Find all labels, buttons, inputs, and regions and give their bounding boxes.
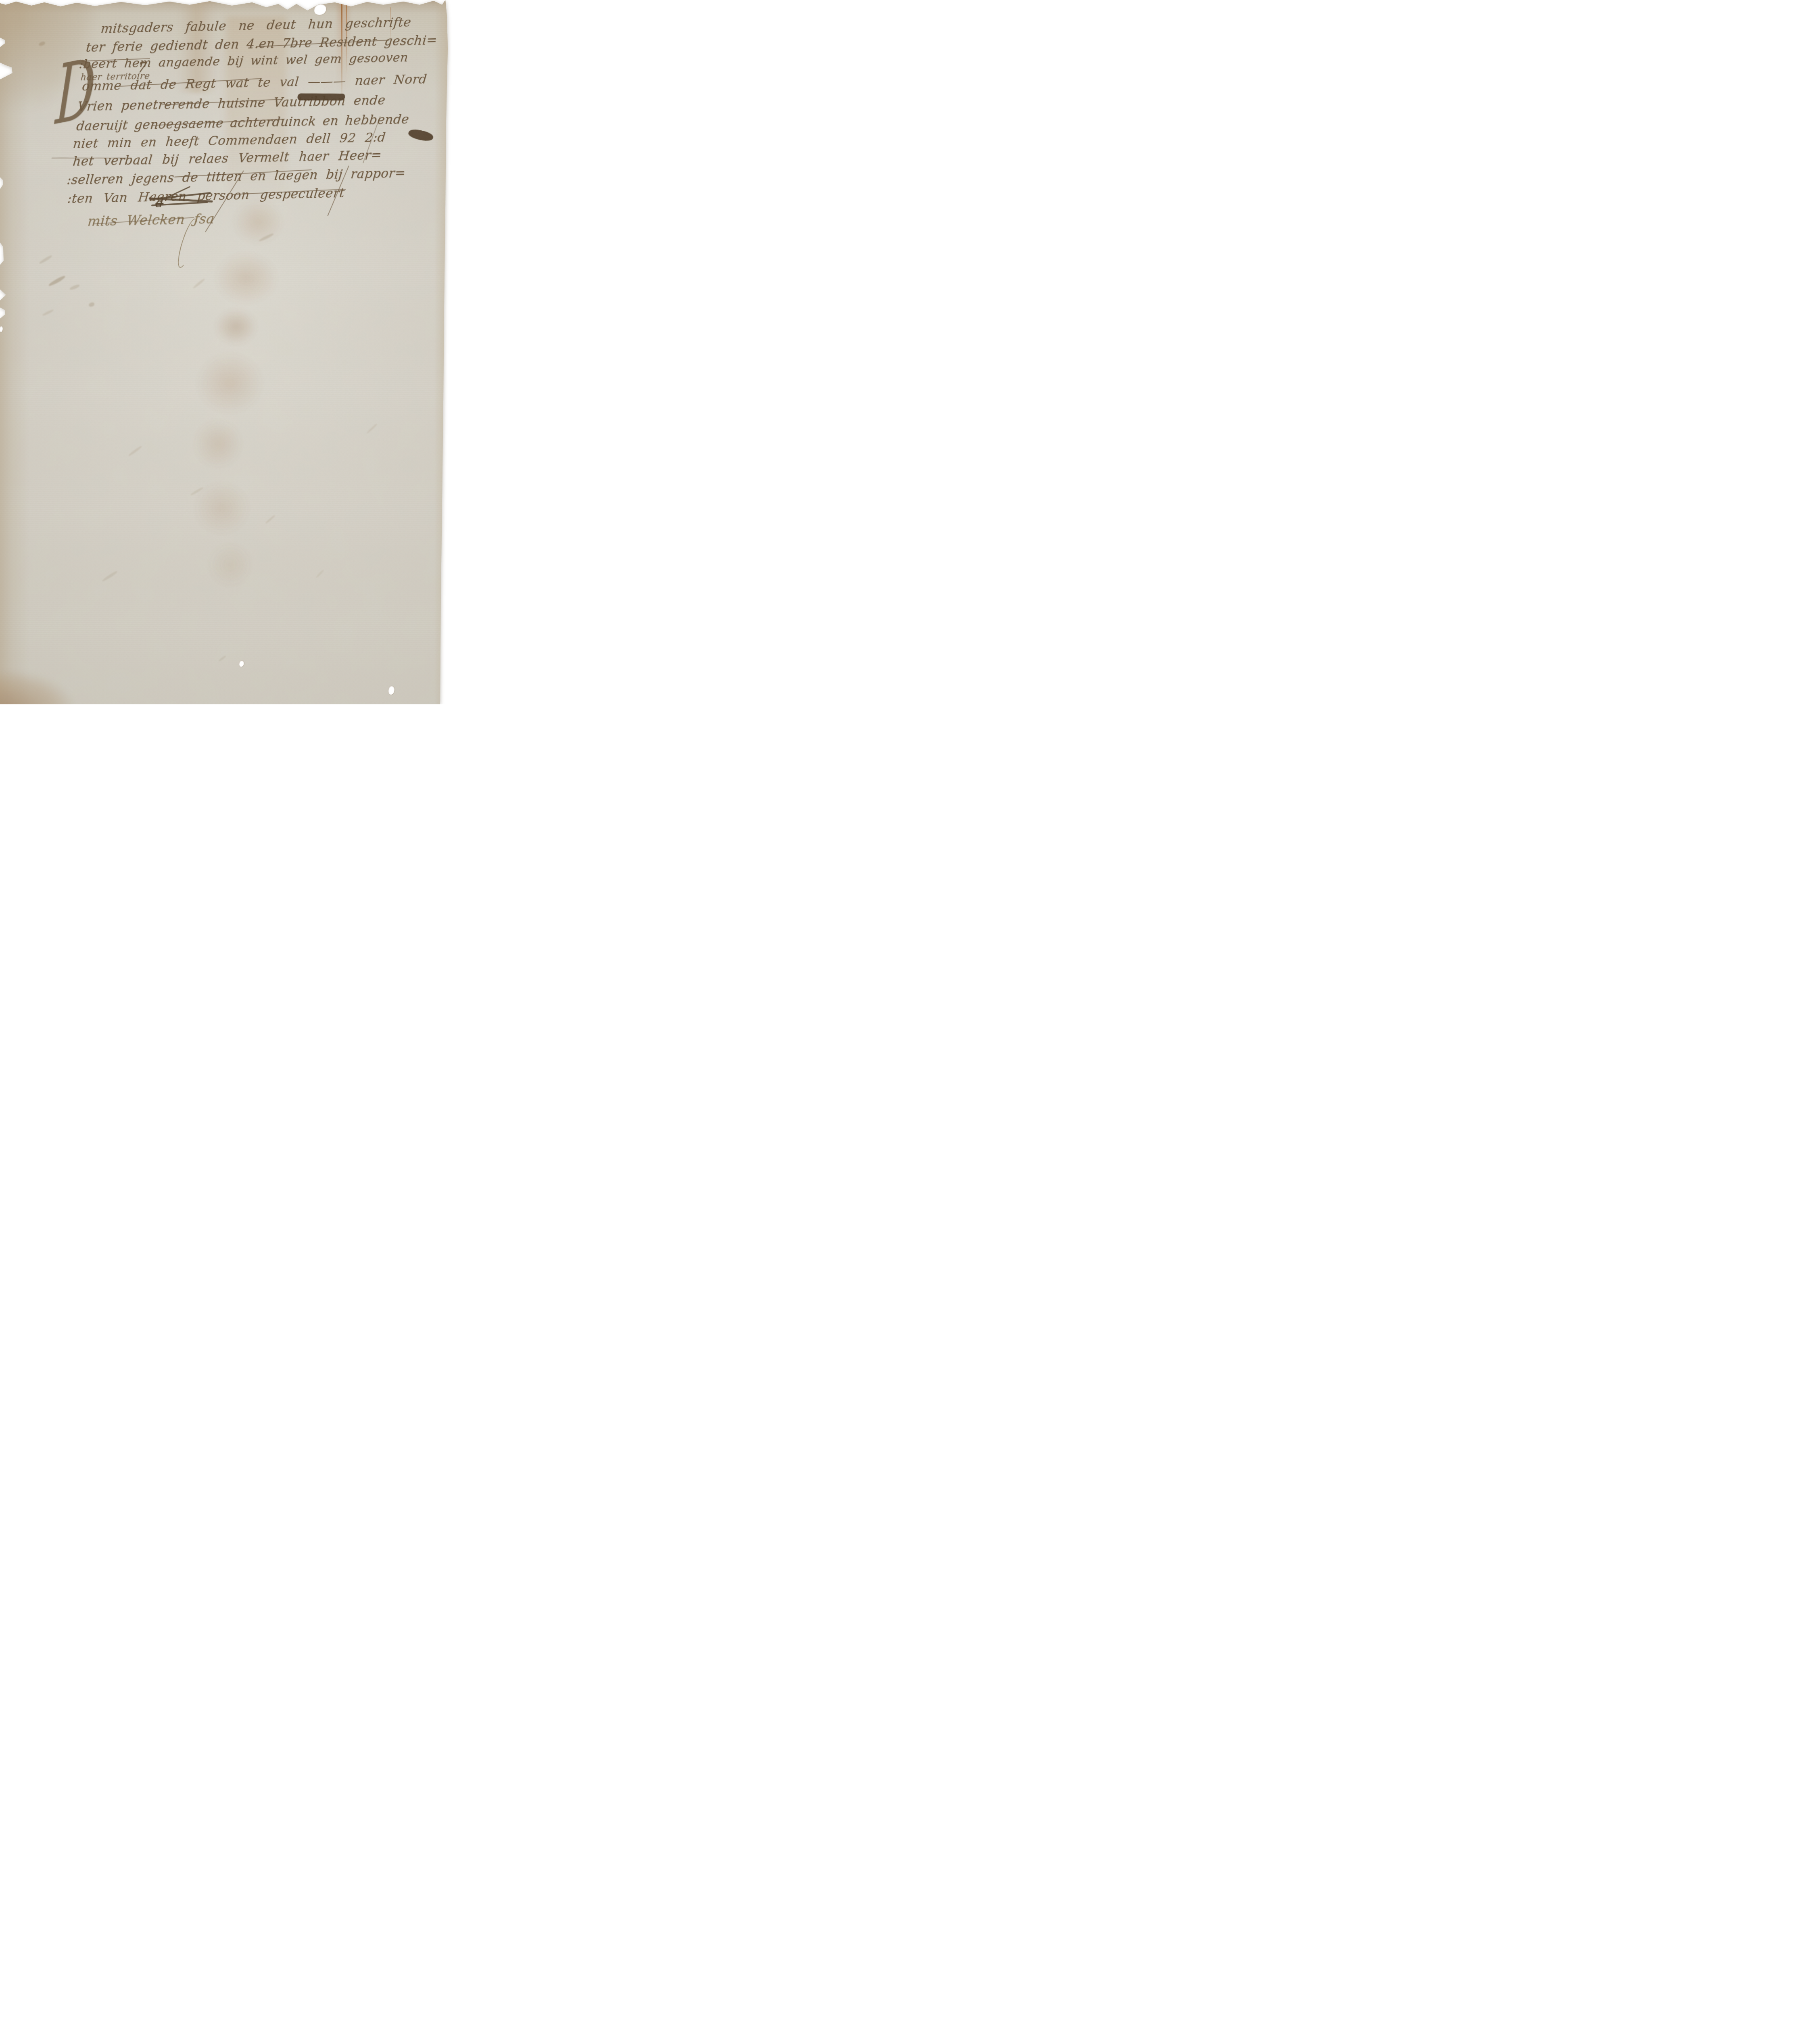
paper-grain-noise — [0, 0, 455, 704]
manuscript-page: D mitsgaders fabule ne deut hun geschrif… — [0, 0, 455, 704]
paper-shadow: D mitsgaders fabule ne deut hun geschrif… — [0, 0, 455, 704]
scanner-background: D mitsgaders fabule ne deut hun geschrif… — [0, 0, 455, 704]
